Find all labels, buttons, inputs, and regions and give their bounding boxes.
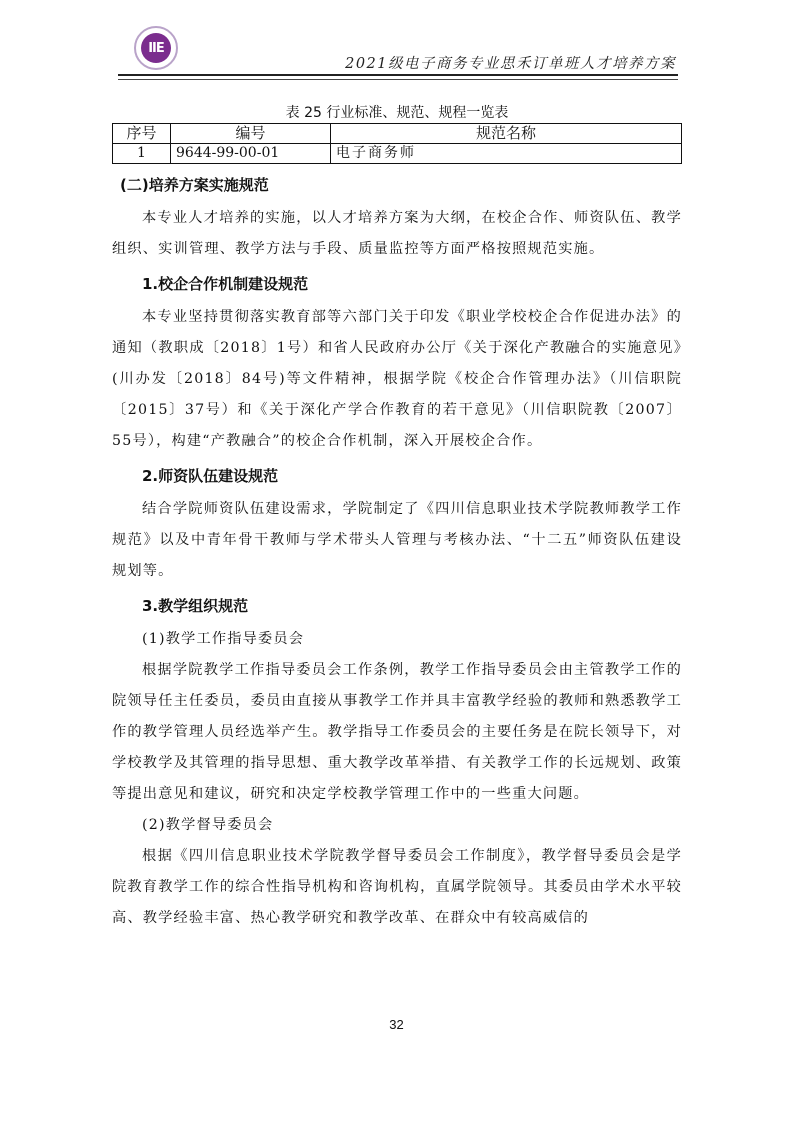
school-logo-icon: ⅡE (134, 26, 178, 70)
subheading-guidance-committee: (1)教学工作指导委员会 (112, 624, 682, 655)
cell-index: 1 (113, 144, 171, 164)
header-rule-thin (118, 79, 678, 80)
table-header-row: 序号 编号 规范名称 (113, 124, 682, 144)
paragraph-guidance-committee: 根据学院教学工作指导委员会工作条例，教学工作指导委员会由主管教学工作的院领导任主… (112, 655, 682, 810)
standards-table: 序号 编号 规范名称 1 9644-99-00-01 电子商务师 (112, 123, 682, 164)
cell-code: 9644-99-00-01 (171, 144, 331, 164)
header-rule (118, 74, 678, 76)
document-title: 2021级电子商务专业思禾订单班人才培养方案 (345, 52, 676, 73)
logo-emblem: ⅡE (141, 33, 171, 63)
paragraph-cooperation: 本专业坚持贯彻落实教育部等六部门关于印发《职业学校校企合作促进办法》的通知（教职… (112, 302, 682, 457)
paragraph-supervision-committee: 根据《四川信息职业技术学院教学督导委员会工作制度》，教学督导委员会是学院教育教学… (112, 841, 682, 934)
column-header-code: 编号 (171, 124, 331, 144)
paragraph-faculty: 结合学院师资队伍建设需求，学院制定了《四川信息职业技术学院教师教学工作规范》以及… (112, 494, 682, 587)
page-header: ⅡE 2021级电子商务专业思禾订单班人才培养方案 (118, 22, 678, 84)
table-row: 1 9644-99-00-01 电子商务师 (113, 144, 682, 164)
cell-name: 电子商务师 (331, 144, 682, 164)
section-heading-teaching-org: 3.教学组织规范 (112, 589, 682, 624)
column-header-index: 序号 (113, 124, 171, 144)
page-number: 32 (0, 1017, 793, 1032)
subheading-supervision-committee: (2)教学督导委员会 (112, 810, 682, 841)
section-heading-implementation: (二)培养方案实施规范 (112, 168, 682, 203)
page-body: 表 25 行业标准、规范、规程一览表 序号 编号 规范名称 1 9644-99-… (112, 103, 682, 934)
table-caption: 表 25 行业标准、规范、规程一览表 (112, 103, 682, 123)
paragraph-implementation: 本专业人才培养的实施，以人才培养方案为大纲，在校企合作、师资队伍、教学组织、实训… (112, 203, 682, 265)
section-heading-faculty: 2.师资队伍建设规范 (112, 459, 682, 494)
column-header-name: 规范名称 (331, 124, 682, 144)
section-heading-cooperation: 1.校企合作机制建设规范 (112, 267, 682, 302)
